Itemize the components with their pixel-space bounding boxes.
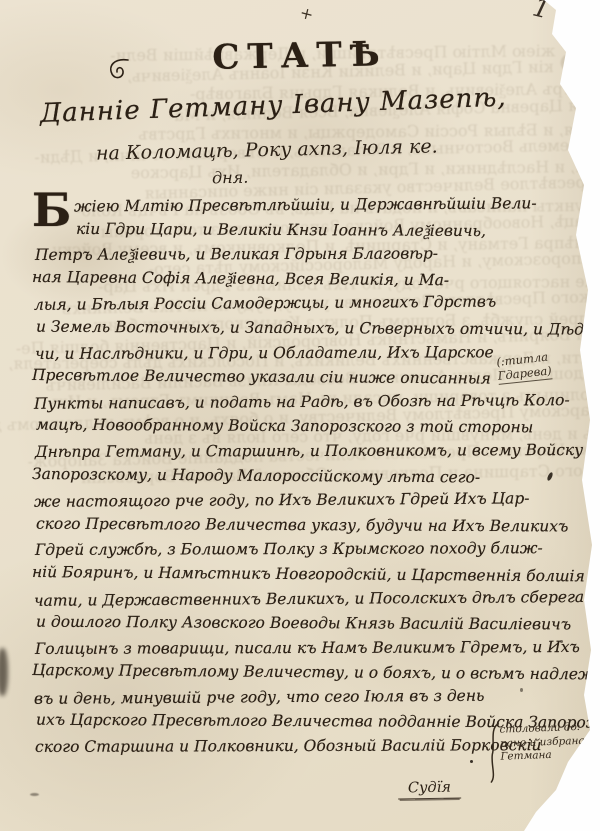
body-line: мацѣ, Новообранному Войска Запорозского …: [36, 413, 552, 440]
body-line: ихъ Царского Пресвѣтлого Величества подд…: [36, 708, 552, 735]
body-line: лыя, и Бѣлыя Россіи Самодержцы, и многих…: [34, 290, 550, 318]
body-text: Б жіею Млтію Пресвѣтлѣйшіи, и Державнѣйш…: [34, 193, 550, 759]
body-line: Голицынъ з товарищи, писали къ Намъ Вели…: [35, 635, 551, 661]
body-line: ского Старшина и Полковники, Обозный Вас…: [35, 733, 551, 759]
body-line: въ и день, минувшій рче году, что сего І…: [34, 683, 550, 711]
ink-speck: [30, 793, 39, 796]
body-line: ского Пресвѣтлого Величества указу, буду…: [36, 511, 552, 538]
catchword: Судїя: [398, 779, 461, 799]
ink-speck: [560, 640, 563, 643]
body-line: чи, и Наслѣдники, и Гдри, и Обладатели, …: [0, 157, 597, 185]
body-line: же настоящого рче году, по Ихъ Великихъ …: [34, 486, 550, 514]
ink-speck: [520, 688, 523, 692]
manuscript-page: Б жіею Млтію Пресвѣтлѣйшіи, и Державнѣйш…: [0, 0, 600, 831]
margin-note-line: Гетмана: [500, 747, 600, 764]
body-line: Царскому Пресвѣтлому Величеству, и о боя…: [32, 658, 548, 687]
body-line: кіи Гдри Цари, и Великіи Кнзи Іоаннъ Але…: [36, 216, 552, 243]
brace-icon: [486, 722, 502, 784]
ink-speck: [470, 760, 473, 763]
body-line: Гдрей службѣ, з Болшомъ Полку з Крымског…: [35, 536, 551, 562]
ink-blotch: [0, 648, 8, 696]
body-line: Днѣпра Гетману, и Старшинѣ, и Полковнико…: [35, 438, 551, 464]
body-line: и Земель Восточныхъ, и Западныхъ, и Сѣве…: [36, 315, 552, 342]
body-line: ній Бояринъ, и Намѣстникъ Новгородскій, …: [32, 560, 548, 589]
body-line: Пункты написавъ, и подать на Радѣ, въ Об…: [34, 388, 550, 416]
body-line: чи, и Наслѣдники, и Гдри, и Обладатели, …: [35, 340, 551, 366]
manuscript-scan: { "page": { "marks": { "cross": "+", "fo…: [0, 0, 600, 831]
body-line: чати, и Державственнихъ Великихъ, и Посо…: [34, 585, 550, 613]
heading-day: дня.: [212, 168, 249, 188]
heading-place-date: на Коломацѣ, Року ахпз, Іюля ке.: [96, 133, 536, 164]
margin-note-hetman-election: столовали до: рано и избрана Гетмана: [499, 720, 600, 764]
document-title: СТАТѢ: [150, 33, 451, 79]
cross-mark: +: [298, 3, 316, 25]
body-line: Петръ Алеѯіевичь, и Великая Гдрыня Благо…: [35, 241, 551, 267]
body-line: жіею Млтію Пресвѣтлѣйшіи, и Державнѣйшіи…: [34, 191, 550, 219]
drop-cap-initial: Б: [558, 33, 598, 80]
body-line: и дошлого Полку Азовского Воеводы Князь …: [36, 610, 552, 637]
body-line: Пресвѣтлое Величество указали сіи ниже о…: [32, 363, 548, 392]
pen-flourish-icon: [104, 56, 134, 96]
folio-number: 1: [530, 0, 553, 26]
